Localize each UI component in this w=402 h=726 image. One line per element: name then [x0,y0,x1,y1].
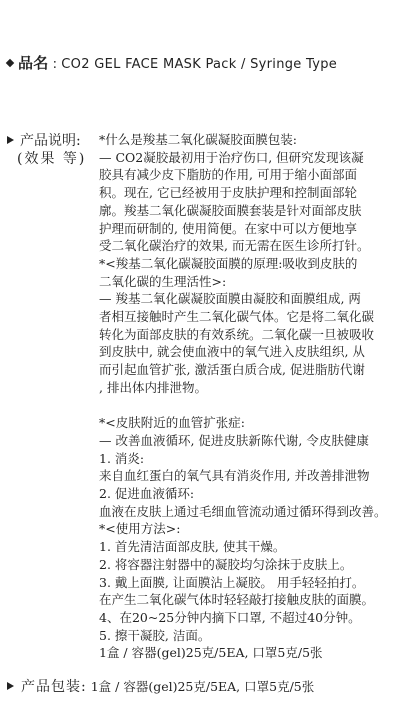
description-label: 产品说明: (效果 等) [7,132,86,168]
description-line: , 排出体内排泄物。 [99,379,399,397]
description-line: 积。现在, 它已经被用于皮肤护理和控制面部轮 [99,184,399,202]
triangle-bullet-icon [7,682,14,690]
description-line: 受二氧化碳治疗的效果, 而无需在医生诊所打针。 [99,237,399,255]
description-line: *<羧基二氧化碳凝胶面膜的原理:吸收到皮肤的 [99,255,399,273]
description-line: 在产生二氧化碳气体时轻轻敲打接触皮肤的面膜。 [99,591,399,609]
description-line: 胶具有减少皮下脂肪的作用, 可用于缩小面部面 [99,166,399,184]
description-line: 2. 促进血液循环: [99,485,399,503]
description-body: *什么是羧基二氧化碳凝胶面膜包装:— CO2凝胶最初用于治疗伤口, 但研究发现该… [99,131,399,662]
description-line: 1盒 / 容器(gel)25克/5EA, 口罩5克/5张 [99,644,399,662]
product-name-row: 品名:CO2 GEL FACE MASK Pack / Syringe Type [7,52,337,73]
description-line: 转化为面部皮肤的有效系统。二氧化碳一旦被吸收 [99,326,399,344]
description-line: *<皮肤附近的血管扩张症: [99,414,399,432]
description-line: 到皮肤中, 就会使血液中的氧气进入皮肤组织, 从 [99,343,399,361]
description-line: — 改善血液循环, 促进皮肤新陈代谢, 令皮肤健康 [99,432,399,450]
description-line: 护理而研制的, 使用简便。在家中可以方便地享 [99,220,399,238]
description-line: 5. 擦干凝胶, 洁面。 [99,627,399,645]
package-value: 1盒 / 容器(gel)25克/5EA, 口罩5克/5张 [91,679,315,694]
product-name-label: 品名 [18,54,49,72]
description-label-main: 产品说明: [20,133,81,149]
package-row: 产品包装: 1盒 / 容器(gel)25克/5EA, 口罩5克/5张 [7,676,314,696]
description-line: *什么是羧基二氧化碳凝胶面膜包装: [99,131,399,149]
paragraph-gap [99,397,399,415]
description-line: — CO2凝胶最初用于治疗伤口, 但研究发现该凝 [99,149,399,167]
description-line: 血液在皮肤上通过毛细血管流动通过循环得到改善。 [99,503,399,521]
description-line: 者相互接触时产生二氧化碳气体。它是将二氧化碳 [99,308,399,326]
description-line: 4、在20~25分钟内摘下口罩, 不超过40分钟。 [99,609,399,627]
description-line: 3. 戴上面膜, 让面膜沾上凝胶。 用手轻轻拍打。 [99,574,399,592]
description-line: 1. 首先清洁面部皮肤, 使其干燥。 [99,538,399,556]
description-line: 而引起血管扩张, 激活蛋白质合成, 促进脂肪代谢 [99,361,399,379]
description-line: 廓。羧基二氧化碳凝胶面膜套装是针对面部皮肤 [99,202,399,220]
description-line: 二氧化碳的生理活性>: [99,273,399,291]
description-line: — 羧基二氧化碳凝胶面膜由凝胶和面膜组成, 两 [99,290,399,308]
product-name-value: CO2 GEL FACE MASK Pack / Syringe Type [61,57,337,72]
description-label-sub: (效果 等) [7,150,86,168]
description-line: *<使用方法>: [99,520,399,538]
product-name-colon: : [53,57,58,72]
triangle-bullet-icon [7,136,14,144]
description-line: 2. 将容器注射器中的凝胶均匀涂抹于皮肤上。 [99,556,399,574]
diamond-bullet-icon [6,59,14,67]
description-line: 来自血红蛋白的氧气具有消炎作用, 并改善排泄物 [99,467,399,485]
package-label: 产品包装: [21,679,87,695]
description-line: 1. 消炎: [99,450,399,468]
